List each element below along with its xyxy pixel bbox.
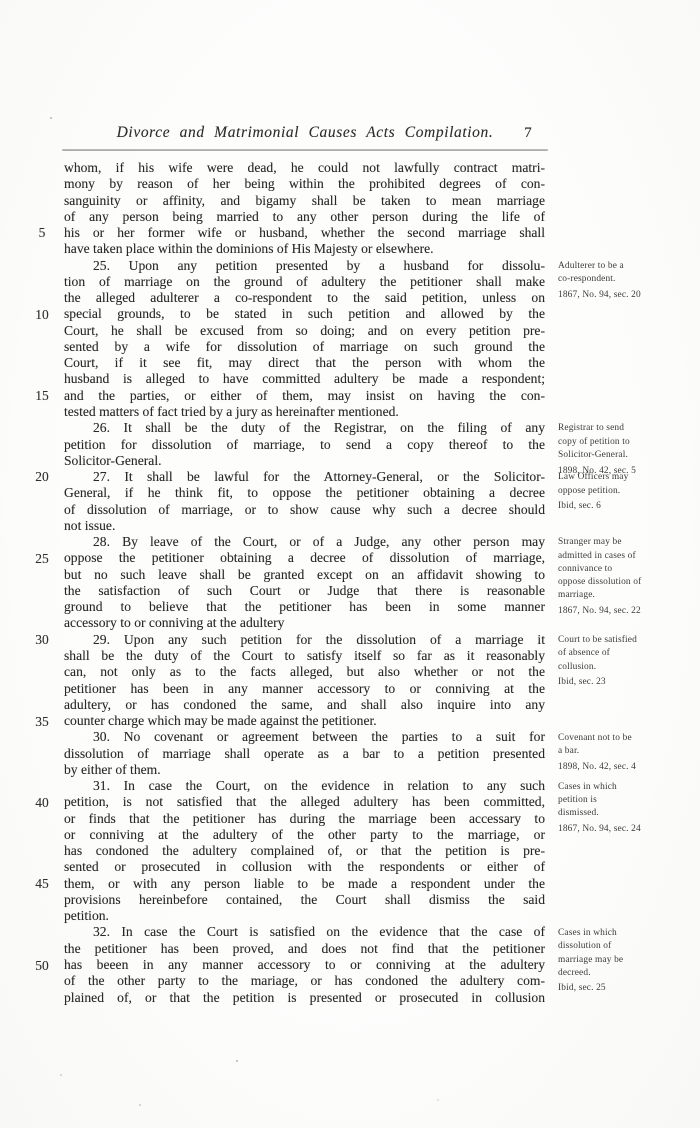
line-number: 30: [28, 632, 56, 648]
margin-note-line: dismissed.: [558, 807, 694, 820]
text-line: 29. Upon any such petition for the disso…: [64, 632, 545, 648]
text-line: 31. In case the Court, on the evidence i…: [64, 778, 545, 794]
margin-note: Registrar to sendcopy of petition toSoli…: [558, 422, 694, 477]
margin-note-citation: 1898, No. 42, sec. 4: [558, 761, 694, 774]
text-line: has beeen in any manner accessory to or …: [64, 957, 545, 973]
text-line: his or her former wife or husband, wheth…: [64, 225, 545, 241]
text-line: has condoned the adultery complained of,…: [64, 843, 545, 859]
margin-note-citation: 1867, No. 94, sec. 24: [558, 823, 694, 836]
text-line: whom, if his wife were dead, he could no…: [64, 160, 545, 176]
margin-note-line: of absence of: [558, 647, 694, 660]
margin-note-line: Court to be satisfied: [558, 634, 694, 647]
text-line: of the other party to the mariage, or ha…: [64, 973, 545, 989]
body-text: whom, if his wife were dead, he could no…: [64, 160, 545, 1006]
margin-note-citation: 1867, No. 94, sec. 20: [558, 289, 694, 302]
margin-note-line: copy of petition to: [558, 436, 694, 449]
text-line: mony by reason of her being within the p…: [64, 176, 545, 192]
text-line: can, not only as to the facts alleged, b…: [64, 664, 545, 680]
margin-note: Covenant not to bea bar.1898, No. 42, se…: [558, 732, 694, 774]
text-line: Solicitor-General.: [64, 453, 545, 469]
text-line: the satisfaction of such Court or Judge …: [64, 583, 545, 599]
text-line: General, if he think fit, to oppose the …: [64, 485, 545, 501]
text-line: husband is alleged to have committed adu…: [64, 371, 545, 387]
margin-note-line: dissolution of: [558, 940, 694, 953]
margin-note: Cases in whichpetition isdismissed.1867,…: [558, 781, 694, 836]
margin-note-line: Adulterer to be a: [558, 260, 694, 273]
margin-note-line: petition is: [558, 794, 694, 807]
text-line: special grounds, to be stated in such pe…: [64, 306, 545, 322]
text-line: plained of, or that the petition is pres…: [64, 990, 545, 1006]
text-line: tion of marriage on the ground of adulte…: [64, 274, 545, 290]
scanned-document-page: Divorce and Matrimonial Causes Acts Comp…: [0, 0, 700, 1128]
margin-note-line: Solicitor-General.: [558, 449, 694, 462]
text-line: counter charge which may be made against…: [64, 713, 545, 729]
margin-note: Cases in whichdissolution ofmarriage may…: [558, 927, 694, 996]
text-line: 26. It shall be the duty of the Registra…: [64, 420, 545, 436]
text-line: tested matters of fact tried by a jury a…: [64, 404, 545, 420]
line-number: 45: [28, 876, 56, 892]
header-rule: [62, 149, 548, 151]
margin-note-line: co-respondent.: [558, 273, 694, 286]
text-line: sented by a wife for dissolution of marr…: [64, 339, 545, 355]
text-line: 30. No covenant or agreement between the…: [64, 729, 545, 745]
page-number: 7: [516, 123, 540, 143]
scan-speck: [50, 117, 52, 119]
text-line: 25. Upon any petition presented by a hus…: [64, 258, 545, 274]
text-line: 28. By leave of the Court, or of a Judge…: [64, 534, 545, 550]
margin-note-line: a bar.: [558, 745, 694, 758]
text-line: dissolution of marriage shall operate as…: [64, 746, 545, 762]
scan-speck: [437, 1099, 439, 1101]
line-number: 5: [28, 225, 56, 241]
margin-note-citation: Ibid, sec. 25: [558, 982, 694, 995]
text-line: adultery, or has condoned the same, and …: [64, 697, 545, 713]
margin-note-citation: 1867, No. 94, sec. 22: [558, 605, 694, 618]
line-number: 15: [28, 388, 56, 404]
text-line: provisions hereinbefore contained, the C…: [64, 892, 545, 908]
margin-note-line: admitted in cases of: [558, 550, 694, 563]
text-line: shall be the duty of the Court to satisf…: [64, 648, 545, 664]
text-line: them, or with any person liable to be ma…: [64, 876, 545, 892]
text-line: Court, he shall be excused from so doing…: [64, 323, 545, 339]
margin-note-line: oppose petition.: [558, 485, 694, 498]
text-line: petitioner has been in any manner access…: [64, 681, 545, 697]
margin-note-line: Registrar to send: [558, 422, 694, 435]
margin-note: Stranger may beadmitted in cases ofconni…: [558, 536, 694, 618]
text-line: oppose the petitioner obtaining a decree…: [64, 550, 545, 566]
margin-note: Adulterer to be aco-respondent.1867, No.…: [558, 260, 694, 302]
margin-note-line: Stranger may be: [558, 536, 694, 549]
line-number: 20: [28, 469, 56, 485]
text-line: the alleged adulterer a co-respondent to…: [64, 290, 545, 306]
text-line: have taken place within the dominions of…: [64, 241, 545, 257]
margin-note-citation: Ibid, sec. 6: [558, 500, 694, 513]
margin-note: Court to be satisfiedof absence ofcollus…: [558, 634, 694, 689]
margin-note-line: Cases in which: [558, 927, 694, 940]
line-number: 50: [28, 958, 56, 974]
scan-speck: [139, 1104, 141, 1106]
scan-speck: [236, 1060, 238, 1062]
text-line: Court, if it see fit, may direct that th…: [64, 355, 545, 371]
text-line: accessory to or conniving at the adulter…: [64, 615, 545, 631]
margin-note-line: marriage.: [558, 589, 694, 602]
text-line: sented or prosecuted in collusion with t…: [64, 859, 545, 875]
line-number: 25: [28, 551, 56, 567]
text-line: but no such leave shall be granted excep…: [64, 567, 545, 583]
margin-note: Law Officers mayoppose petition.Ibid, se…: [558, 471, 694, 513]
text-line: not issue.: [64, 518, 545, 534]
scan-speck: [60, 1074, 62, 1076]
margin-note-line: collusion.: [558, 661, 694, 674]
text-line: ground to believe that the petitioner ha…: [64, 599, 545, 615]
running-title: Divorce and Matrimonial Causes Acts Comp…: [64, 123, 546, 143]
margin-note-line: oppose dissolution of: [558, 576, 694, 589]
margin-note-line: Covenant not to be: [558, 732, 694, 745]
text-line: of dissolution of marriage, or to show c…: [64, 502, 545, 518]
text-line: and the parties, or either of them, may …: [64, 388, 545, 404]
text-line: by either of them.: [64, 762, 545, 778]
text-line: 32. In case the Court is satisfied on th…: [64, 924, 545, 940]
text-line: petition for dissolution of marriage, to…: [64, 437, 545, 453]
text-line: the petitioner has been proved, and does…: [64, 941, 545, 957]
margin-note-line: decreed.: [558, 967, 694, 980]
margin-note-line: marriage may be: [558, 954, 694, 967]
text-line: petition, is not satisfied that the alle…: [64, 794, 545, 810]
text-line: or conniving at the adultery of the othe…: [64, 827, 545, 843]
line-number: 40: [28, 795, 56, 811]
text-line: or finds that the petitioner has during …: [64, 811, 545, 827]
margin-note-line: Law Officers may: [558, 471, 694, 484]
margin-note-citation: Ibid, sec. 23: [558, 676, 694, 689]
text-line: 27. It shall be lawful for the Attorney-…: [64, 469, 545, 485]
text-line: of any person being married to any other…: [64, 209, 545, 225]
line-number: 35: [28, 714, 56, 730]
text-line: petition.: [64, 908, 545, 924]
line-number: 10: [28, 307, 56, 323]
margin-note-line: Cases in which: [558, 781, 694, 794]
margin-note-line: connivance to: [558, 563, 694, 576]
text-line: sanguinity or affinity, and bigamy shall…: [64, 193, 545, 209]
